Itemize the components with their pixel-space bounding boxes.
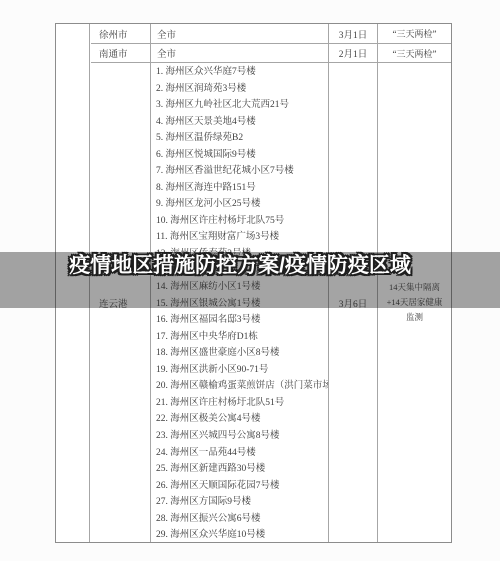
date-cell: 3月1日	[329, 24, 378, 43]
area-list-item: 8. 海州区海连中路151号	[151, 180, 328, 197]
area-list-item: 4. 海州区天景美地4号楼	[151, 114, 328, 131]
area-list-item: 28. 海州区振兴公寓6号楼	[151, 511, 328, 528]
table-row-xuzhou: 徐州市 全市 3月1日 “三天两检”	[91, 24, 451, 44]
city-cell: 徐州市	[91, 24, 151, 43]
date-cell: 2月1日	[329, 44, 378, 62]
measure-cell: “三天两检”	[378, 44, 451, 62]
area-list-item: 10. 海州区许庄村杨圩北队75号	[151, 213, 328, 230]
area-list-item: 2. 海州区润琦苑3号楼	[151, 81, 328, 98]
area-list-item: 20. 海州区赣榆鸡蛋菜煎饼店（洪门菜市场门口）	[151, 378, 328, 395]
area-list-item: 25. 海州区新建西路30号楼	[151, 461, 328, 478]
area-list-item: 19. 海州区洪新小区90-71号	[151, 362, 328, 379]
area-list-item: 16. 海州区福园名邸3号楼	[151, 312, 328, 329]
watermark-title: 疫情地区措施防控方案/疫情防疫区域	[69, 253, 411, 279]
area-list-item: 23. 海州区兴城四号公寓8号楼	[151, 428, 328, 445]
area-list-item: 18. 海州区盛世豪庭小区8号楼	[151, 345, 328, 362]
area-list-item: 21. 海州区许庄村杨圩北队51号	[151, 395, 328, 412]
area-cell: 全市	[151, 24, 329, 43]
area-list-item: 22. 海州区极美公寓4号楼	[151, 411, 328, 428]
area-list-item: 17. 海州区中央华府D1栋	[151, 329, 328, 346]
area-list-item: 29. 海州区众兴华庭10号楼	[151, 527, 328, 542]
area-list-item: 27. 海州区方国际9号楼	[151, 494, 328, 511]
area-list-item: 1. 海州区众兴华庭7号楼	[151, 64, 328, 81]
document-page: 徐州市 全市 3月1日 “三天两检” 南通市 全市 2月1日 “三天两检” 连云…	[0, 0, 500, 561]
area-list-item: 11. 海州区宝翔财富广场3号楼	[151, 229, 328, 246]
area-list-item: 6. 海州区悦城国际9号楼	[151, 147, 328, 164]
area-list-item: 24. 海州区一品苑44号楼	[151, 445, 328, 462]
city-cell: 南通市	[91, 44, 151, 62]
area-list-item: 3. 海州区九岭社区北大荒西21号	[151, 97, 328, 114]
area-list-item: 7. 海州区香溢世纪花城小区7号楼	[151, 163, 328, 180]
area-list-item: 9. 海州区龙河小区25号楼	[151, 196, 328, 213]
area-list-item: 5. 海州区温侨绿苑B2	[151, 130, 328, 147]
area-cell: 全市	[151, 44, 329, 62]
area-list-item: 26. 海州区天顺国际花园7号楼	[151, 478, 328, 495]
table-row-nantong: 南通市 全市 2月1日 “三天两检”	[91, 44, 451, 63]
measure-cell: “三天两检”	[378, 24, 451, 43]
